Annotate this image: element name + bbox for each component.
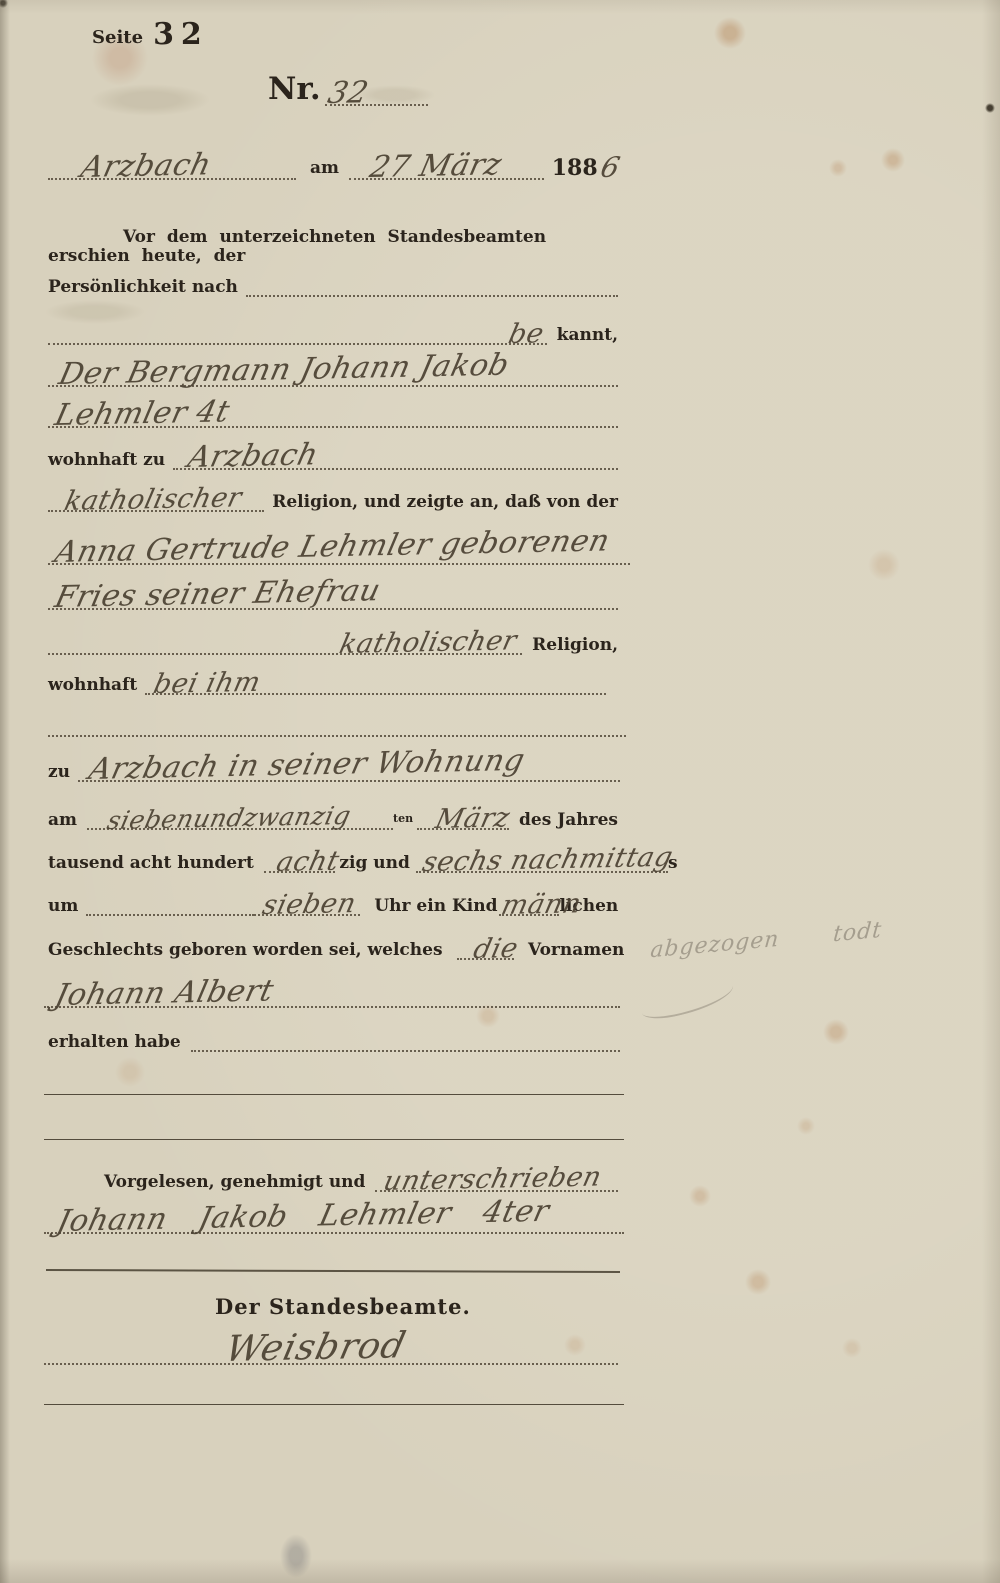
blank-line (246, 295, 618, 297)
vorgelesen-row: Vorgelesen, genehmigt und unterschrieben (48, 1148, 618, 1192)
birthplace-entry: Arzbach in seiner Wohnung (86, 746, 528, 785)
kannt-label: kannt, (557, 326, 618, 345)
um-label: um (48, 897, 78, 916)
wohnhaft-label: wohnhaft (48, 676, 137, 695)
nr-value: 32 (325, 78, 371, 109)
vornamen-label: Vornamen (528, 941, 624, 960)
units-entry: sechs nachmittag (420, 844, 676, 876)
mother-entry-2: Fries seiner Ehefrau (52, 576, 383, 613)
page-number: Seite 32 (92, 18, 209, 51)
hour-entry-line: sieben (254, 892, 360, 916)
child-name-entry: Johann Albert (52, 976, 277, 1011)
seite-number: 32 (153, 18, 209, 51)
nr-entry-line: 32 (325, 79, 428, 106)
registrar-title-row: Der Standesbeamte. (215, 1295, 471, 1318)
seite-label: Seite (92, 28, 143, 48)
declarant-entry-2: Lehmler 4t (52, 397, 233, 431)
geschlechts-label: Geschlechts geboren worden sei, welches (48, 941, 443, 960)
bei-ihm-entry-line: bei ihm (145, 671, 606, 695)
be-entry-line: be (48, 321, 547, 345)
mother-row-2: Fries seiner Ehefrau (48, 568, 618, 610)
bei-ihm-entry: bei ihm (151, 669, 263, 698)
religion-row-1: katholischer Religion, und zeigte an, da… (48, 472, 618, 512)
declarant-entry-line-2: Lehmler 4t (48, 401, 618, 428)
religion-entry-line-1: katholischer (48, 488, 264, 512)
declarant-row-2: Lehmler 4t (48, 388, 618, 428)
place-entry: Arzbach (78, 150, 214, 183)
uhr-label: Uhr ein Kind (374, 897, 497, 916)
mother-entry-line-2: Fries seiner Ehefrau (48, 583, 618, 610)
birthplace-entry-line: Arzbach in seiner Wohnung (78, 755, 620, 782)
declarant-entry-line-1: Der Bergmann Johann Jakob (48, 360, 618, 387)
birthday-entry-line: siebenundzwanzig (87, 808, 393, 830)
decade-entry: acht (274, 848, 342, 876)
birthplace-row: zu Arzbach in seiner Wohnung (48, 740, 620, 782)
zig-und-label: zig und (339, 854, 410, 873)
month-entry: März (433, 804, 512, 833)
residence-entry: Arzbach (185, 440, 321, 473)
persoenlichkeit-row: Persönlichkeit nach (48, 259, 618, 297)
residence-row: wohnhaft zu Arzbach (48, 430, 618, 470)
die-entry-line: die (457, 936, 514, 960)
registrar-signature-line: Weisbrod (44, 1332, 618, 1365)
mother-entry-1: Anna Gertrude Lehmler geborenen (52, 526, 612, 568)
religion-label-1: Religion, und zeigte an, daß von der (272, 493, 618, 512)
blank-line (191, 1050, 620, 1052)
blank-row-3 (44, 1120, 624, 1140)
residence-entry-line: Arzbach (173, 443, 618, 470)
blank-line (44, 1404, 624, 1405)
religion-row-2: katholischer Religion, (48, 613, 618, 655)
blank-line (44, 1094, 624, 1095)
am2-label: am (48, 811, 77, 830)
child-name-row: Johann Albert (44, 964, 620, 1008)
erhalten-label: erhalten habe (48, 1033, 181, 1052)
child-name-entry-line: Johann Albert (44, 981, 620, 1008)
blank-row-4 (44, 1385, 624, 1405)
tausend-label: tausend acht hundert (48, 854, 254, 873)
blank-line (86, 914, 254, 916)
registrar-signature: Weisbrod (222, 1328, 409, 1368)
registrar-signature-row: Weisbrod (44, 1317, 618, 1365)
vornamen-row: Geschlechts geboren worden sei, welches … (48, 918, 620, 960)
bekannt-row: be kannt, (48, 307, 618, 345)
month-entry-line: März (417, 806, 509, 830)
decade-entry-line: acht (264, 849, 335, 873)
declarant-signature: Johann Jakob Lehmler 4ter (54, 1197, 552, 1237)
religion-entry-line-2: katholischer (48, 631, 522, 655)
pencil-margin-note: abgezogen todt (649, 918, 883, 964)
hour-row: um sieben Uhr ein Kind männ lichen (48, 874, 620, 916)
date-entry-line: 27 März (349, 153, 544, 180)
am-label: am (310, 159, 339, 178)
gender-entry-line: männ (499, 892, 559, 916)
blank-line (48, 735, 626, 737)
dateline: Arzbach am 27 März 188 6 (48, 132, 616, 180)
year-words-row: tausend acht hundert acht zig und sechs … (48, 831, 620, 873)
blank-line (44, 1139, 624, 1140)
erhalten-row: erhalten habe (48, 1010, 620, 1052)
nr-label: Nr. (268, 72, 321, 106)
signature-entry-line: Johann Jakob Lehmler 4ter (44, 1207, 624, 1234)
bei-ihm-row: wohnhaft bei ihm (48, 653, 606, 695)
year-digit: 6 (598, 154, 623, 182)
wohnhaft-zu-label: wohnhaft zu (48, 451, 165, 470)
hour-entry: sieben (260, 890, 359, 919)
register-page: Seite 32 Nr. 32 Arzbach am 27 März 188 6… (0, 0, 1000, 1583)
record-number: Nr. 32 (268, 64, 428, 106)
mother-entry-line-1: Anna Gertrude Lehmler geborenen (48, 538, 630, 565)
gender-entry: männ (499, 890, 584, 919)
separator-line (46, 1269, 620, 1273)
mother-row-1: Anna Gertrude Lehmler geborenen (48, 523, 630, 565)
year-printed: 188 (552, 156, 598, 180)
ten-label: ten (393, 813, 413, 824)
blank-row-1 (48, 707, 626, 737)
be-entry: be (506, 320, 547, 348)
blank-row-2 (44, 1075, 624, 1095)
persoenlichkeit-label: Persönlichkeit nach (48, 278, 238, 297)
des-jahres-label: des Jahres (519, 811, 618, 830)
religion-entry-1: katholischer (62, 484, 245, 515)
date-entry: 27 März (367, 150, 504, 183)
declarant-row-1: Der Bergmann Johann Jakob (48, 347, 618, 387)
declarant-entry-1: Der Bergmann Johann Jakob (56, 351, 512, 390)
zu-label: zu (48, 763, 70, 782)
birthday-row: am siebenundzwanzig ten März des Jahres (48, 786, 618, 830)
units-entry-line: sechs nachmittag (416, 849, 668, 873)
die-entry: die (471, 935, 521, 963)
pencil-flourish (638, 974, 737, 1024)
signature-row: Johann Jakob Lehmler 4ter (44, 1188, 624, 1234)
registrar-label: Der Standesbeamte. (215, 1295, 471, 1318)
birthday-entry: siebenundzwanzig (105, 803, 353, 833)
place-entry-line: Arzbach (48, 153, 296, 180)
